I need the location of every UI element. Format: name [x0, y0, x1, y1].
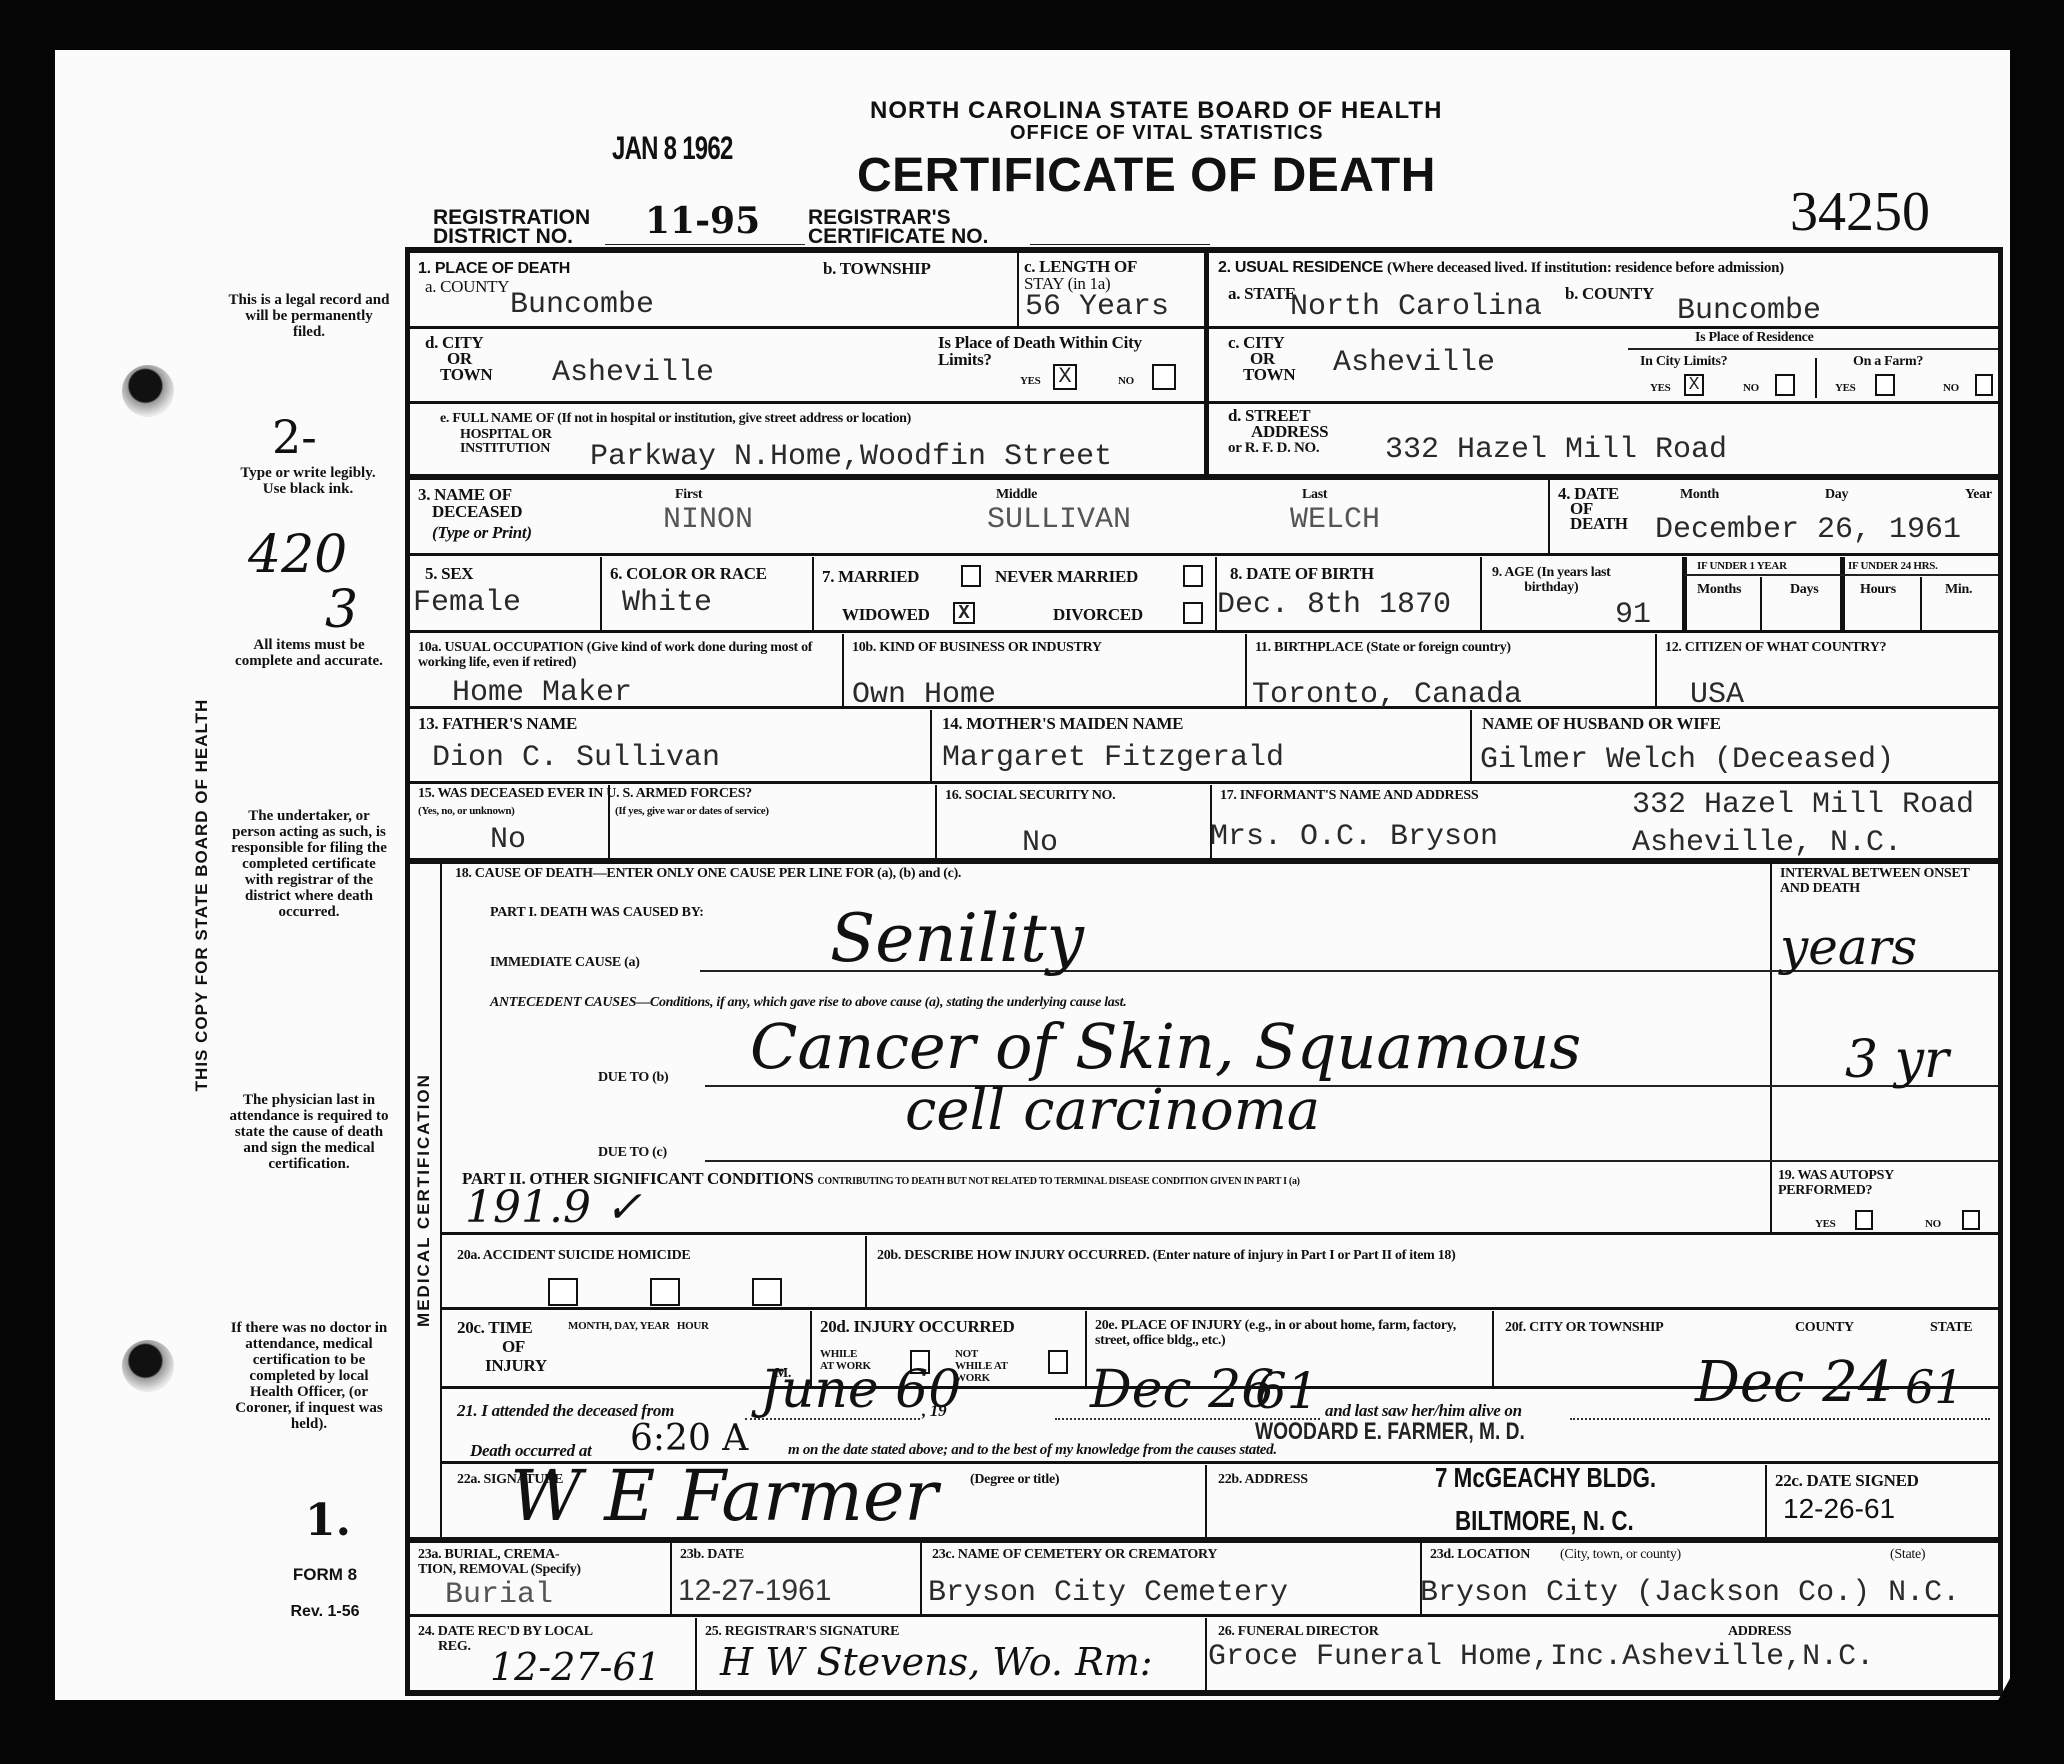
mother-value: Margaret Fitzgerald	[942, 743, 1284, 773]
last-saw-label: and last saw her/him alive on	[1325, 1402, 1522, 1419]
funeral-address-label: ADDRESS	[1728, 1624, 1791, 1639]
physician-address-label: 22b. ADDRESS	[1218, 1472, 1308, 1487]
sex-value: Female	[413, 588, 521, 618]
place-of-injury-label: 20e. PLACE OF INJURY (e.g., in or about …	[1095, 1318, 1485, 1348]
row-line-2r	[1209, 401, 1999, 404]
accident-checkbox[interactable]	[548, 1278, 578, 1306]
location-note: (City, town, or county)	[1560, 1547, 1681, 1562]
row-line-7	[410, 781, 2000, 784]
first-name-value: NINON	[663, 505, 753, 535]
row-line-3	[405, 474, 2003, 480]
undertaker-note: The undertaker, or person acting as such…	[228, 808, 390, 920]
death-county-value: Buncombe	[510, 290, 654, 320]
residence-divider	[1815, 358, 1817, 398]
hole-punch-top	[122, 365, 174, 417]
part2-value[interactable]: 191.9 ✓	[465, 1182, 642, 1233]
min-label: Min.	[1945, 582, 1972, 597]
funeral-director-label: 26. FUNERAL DIRECTOR	[1218, 1624, 1379, 1639]
due-to-b-value[interactable]: Cancer of Skin, Squamous	[750, 1010, 1581, 1083]
div-sex	[600, 557, 602, 630]
immediate-cause-value[interactable]: Senility	[830, 900, 1084, 977]
in-city-no-label: NO	[1743, 382, 1759, 394]
div-accident	[865, 1236, 867, 1307]
informant-name-value: Mrs. O.C. Bryson	[1210, 822, 1498, 852]
race-value: White	[622, 588, 712, 618]
within-limits-no-checkbox[interactable]	[1152, 364, 1176, 390]
divorced-label: DIVORCED	[1053, 606, 1143, 623]
div-place-injury	[1492, 1311, 1494, 1386]
physician-address-1: 7 McGEACHY BLDG.	[1435, 1462, 1656, 1494]
legal-record-note: This is a legal record and will be perma…	[228, 292, 390, 340]
widowed-label: WIDOWED	[842, 606, 930, 623]
township-label: b. TOWNSHIP	[823, 260, 931, 277]
cemetery-value: Bryson City Cemetery	[928, 1578, 1288, 1608]
hole-punch-bottom	[122, 1340, 174, 1392]
page-title: CERTIFICATE OF DEATH	[857, 148, 1436, 203]
married-label: 7. MARRIED	[822, 568, 919, 585]
occupation-label: 10a. USUAL OCCUPATION (Give kind of work…	[418, 640, 838, 670]
sex-label: 5. SEX	[425, 565, 473, 582]
age-label: 9. AGE (In years last birthday)	[1492, 565, 1611, 595]
row-line-accident	[440, 1307, 2000, 1310]
street-address-label: d. STREET ADDRESS or R. F. D. NO.	[1228, 408, 1328, 456]
row-line-2	[410, 401, 1205, 404]
row-line-5	[410, 630, 2000, 633]
race-label: 6. COLOR OR RACE	[610, 565, 767, 582]
divider-stay	[1017, 252, 1019, 326]
autopsy-no-checkbox[interactable]	[1962, 1210, 1980, 1230]
form-bottom-border	[405, 1690, 2003, 1696]
farm-yes-checkbox[interactable]	[1875, 374, 1895, 396]
div-dob	[1480, 557, 1482, 630]
div-signature	[1205, 1465, 1207, 1537]
mother-label: 14. MOTHER'S MAIDEN NAME	[942, 715, 1183, 732]
length-of-stay-value: 56 Years	[1025, 292, 1169, 322]
div-under24-min	[1920, 577, 1922, 630]
interval-label: INTERVAL BETWEEN ONSET AND DEATH	[1780, 866, 1995, 896]
not-while-at-work-label: NOT WHILE AT WORK	[955, 1348, 1010, 1384]
div-birthplace	[1655, 634, 1657, 706]
funeral-director-value: Groce Funeral Home,Inc.Asheville,N.C.	[1208, 1642, 1874, 1672]
immediate-cause-label: IMMEDIATE CAUSE (a)	[490, 955, 640, 970]
div-under1-days	[1760, 577, 1762, 630]
due-to-b-interval-value[interactable]: 3 yr	[1845, 1030, 1949, 1090]
days-label: Days	[1790, 582, 1818, 597]
row-line-4	[410, 553, 2000, 556]
due-to-c-label: DUE TO (c)	[598, 1145, 667, 1160]
under-24-hours-label: IF UNDER 24 HRS.	[1848, 560, 1938, 572]
physician-note: The physician last in attendance is requ…	[228, 1092, 390, 1172]
occupation-value: Home Maker	[452, 678, 632, 708]
state-note: (State)	[1890, 1547, 1925, 1562]
div-registrar	[1205, 1618, 1207, 1690]
in-city-yes-label: YES	[1650, 382, 1671, 394]
date-of-birth-value: Dec. 8th 1870	[1217, 590, 1451, 620]
board-name: NORTH CAROLINA STATE BOARD OF HEALTH	[870, 97, 1442, 125]
residence-county-label: b. COUNTY	[1565, 285, 1654, 302]
date-of-death-label: 4. DATE OF DEATH	[1558, 486, 1628, 531]
place-of-death-label: 1. PLACE OF DEATH	[418, 260, 570, 277]
county-label: a. COUNTY	[425, 278, 509, 295]
form-revision: Rev. 1-56	[265, 1603, 385, 1621]
district-underline	[605, 244, 805, 245]
accident-label: 20a. ACCIDENT SUICIDE HOMICIDE	[457, 1248, 690, 1263]
attended-label: 21. I attended the deceased from	[457, 1402, 674, 1419]
injury-occurred-label: 20d. INJURY OCCURRED	[820, 1318, 1014, 1335]
attended-to-year[interactable]: 61	[1255, 1362, 1319, 1420]
medical-bar-line	[440, 862, 442, 1538]
registrar-cert-underline	[1030, 244, 1210, 245]
burial-date-value: 12-27-1961	[678, 1574, 831, 1608]
margin-hand-mark-1: 2-	[272, 410, 317, 464]
informant-address-1: 332 Hazel Mill Road	[1632, 790, 1974, 820]
div-address	[1765, 1465, 1767, 1537]
divider-date-of-death	[1548, 478, 1550, 553]
registrar-signature[interactable]: H W Stevens, Wo. Rm:	[720, 1640, 1153, 1684]
disposition-value: Burial	[445, 1580, 553, 1610]
farm-no-checkbox[interactable]	[1975, 374, 1993, 396]
date-signed-label: 22c. DATE SIGNED	[1775, 1472, 1919, 1489]
attended-to-value[interactable]: Dec 26	[1090, 1360, 1274, 1420]
month-label: Month	[1680, 487, 1719, 502]
physician-address-2: BILTMORE, N. C.	[1455, 1505, 1634, 1537]
margin-hand-mark-4: 1.	[305, 1495, 351, 1546]
div-received	[695, 1618, 697, 1690]
on-farm-label: On a Farm?	[1853, 354, 1923, 369]
burial-location-label: 23d. LOCATION	[1430, 1547, 1530, 1562]
received-value: 12-27-61	[490, 1645, 661, 1689]
industry-label: 10b. KIND OF BUSINESS OR INDUSTRY	[852, 640, 1102, 655]
div-father	[930, 710, 932, 781]
no-doctor-note: If there was no doctor in attendance, me…	[228, 1320, 390, 1432]
hospital-label: e. FULL NAME OF (If not in hospital or i…	[440, 411, 911, 426]
div-injury-occurred	[1085, 1311, 1087, 1386]
months-label: Months	[1697, 582, 1741, 597]
divorced-checkbox[interactable]	[1183, 602, 1203, 624]
within-limits-no-label: NO	[1118, 375, 1134, 387]
registration-district-label: REGISTRATION DISTRICT NO.	[433, 208, 590, 246]
within-limits-yes-checkbox[interactable]: X	[1053, 364, 1077, 390]
div-industry	[1245, 634, 1247, 706]
div-mother	[1470, 710, 1472, 781]
never-married-label: NEVER MARRIED	[995, 568, 1138, 585]
armed-forces-yn-label: (Yes, no, or unknown)	[418, 805, 515, 817]
time-columns-label: MONTH, DAY, YEAR HOUR	[568, 1320, 709, 1332]
cause-of-death-label: 18. CAUSE OF DEATH—ENTER ONLY ONE CAUSE …	[455, 866, 961, 881]
armed-forces-service-label: (If yes, give war or dates of service)	[615, 805, 769, 817]
residence-county-value: Buncombe	[1677, 296, 1821, 326]
attended-to-label: , 19	[922, 1402, 946, 1419]
date-signed-value: 12-26-61	[1783, 1493, 1895, 1525]
citizen-value: USA	[1690, 680, 1744, 710]
antecedent-label: ANTECEDENT CAUSES—Conditions, if any, wh…	[490, 995, 1126, 1010]
div-autopsy	[1770, 1164, 1772, 1232]
autopsy-label: 19. WAS AUTOPSY PERFORMED?	[1778, 1168, 1988, 1198]
registration-district-no: 11-95	[645, 200, 760, 242]
not-while-at-work-checkbox[interactable]	[1048, 1350, 1068, 1374]
last-saw-year[interactable]: 61	[1905, 1360, 1964, 1414]
margin-hand-mark-2: 420	[248, 525, 347, 585]
father-label: 13. FATHER'S NAME	[418, 715, 577, 732]
row-line-6	[410, 706, 2000, 709]
in-city-no-checkbox[interactable]	[1775, 374, 1795, 396]
burial-date-label: 23b. DATE	[680, 1547, 744, 1562]
due-to-b-line	[705, 1085, 1998, 1087]
citizen-label: 12. CITIZEN OF WHAT COUNTRY?	[1665, 640, 1886, 655]
hours-label: Hours	[1860, 582, 1896, 597]
medical-certification-label: MEDICAL CERTIFICATION	[414, 1000, 434, 1400]
widowed-checkbox[interactable]: X	[953, 602, 975, 624]
degree-label: (Degree or title)	[970, 1472, 1059, 1487]
date-of-birth-label: 8. DATE OF BIRTH	[1230, 565, 1374, 582]
injury-state-label: STATE	[1930, 1320, 1972, 1335]
row-line-1	[410, 326, 1205, 329]
middle-name-label: Middle	[996, 487, 1037, 502]
div-age	[1682, 557, 1687, 630]
hospital-label-2: HOSPITAL OR INSTITUTION	[460, 428, 552, 456]
form-left-border	[405, 247, 410, 1695]
row-line-1r	[1209, 326, 1999, 329]
burial-location-value: Bryson City (Jackson Co.) N.C.	[1420, 1578, 1960, 1608]
div-armed	[935, 785, 937, 858]
usual-residence-label: 2. USUAL RESIDENCE (Where deceased lived…	[1218, 258, 1784, 277]
div-occupation	[842, 634, 844, 706]
under-line	[1685, 574, 1998, 576]
industry-value: Own Home	[852, 680, 996, 710]
birthplace-value: Toronto, Canada	[1252, 680, 1522, 710]
street-address-value: 332 Hazel Mill Road	[1385, 435, 1727, 465]
farm-no-label: NO	[1943, 382, 1959, 394]
registrar-certificate-label: REGISTRAR'S CERTIFICATE NO.	[808, 208, 988, 246]
div-race	[812, 557, 814, 630]
form-right-border	[1998, 247, 2003, 1695]
last-name-value: WELCH	[1290, 505, 1380, 535]
spouse-label: NAME OF HUSBAND OR WIFE	[1482, 715, 1721, 732]
autopsy-yes-label: YES	[1815, 1218, 1836, 1230]
armed-forces-label: 15. WAS DECEASED EVER IN U. S. ARMED FOR…	[418, 786, 752, 801]
disposition-label: 23a. BURIAL, CREMA- TION, REMOVAL (Speci…	[418, 1547, 581, 1577]
homicide-checkbox[interactable]	[752, 1278, 782, 1306]
form-number: FORM 8	[265, 1565, 385, 1585]
received-date-stamp: JAN 8 1962	[612, 130, 733, 167]
physician-signature[interactable]: W E Farmer	[510, 1455, 938, 1537]
within-limits-yes-label: YES	[1020, 375, 1041, 387]
residence-state-value: North Carolina	[1290, 292, 1542, 322]
residence-city-label: c. CITY OR TOWN	[1228, 335, 1295, 383]
type-legibly-note: Type or write legibly. Use black ink.	[238, 465, 378, 497]
physician-name-stamp: WOODARD E. FARMER, M. D.	[1255, 1418, 1525, 1446]
married-checkbox[interactable]	[961, 565, 981, 587]
registrar-signature-label: 25. REGISTRAR'S SIGNATURE	[705, 1624, 899, 1639]
farm-yes-label: YES	[1835, 382, 1856, 394]
informant-address-2: Asheville, N.C.	[1632, 828, 1902, 858]
div-under24	[1840, 557, 1845, 630]
due-to-c-line	[705, 1160, 1998, 1162]
hospital-value: Parkway N.Home,Woodfin Street	[590, 442, 1112, 472]
cemetery-label: 23c. NAME OF CEMETERY OR CREMATORY	[932, 1547, 1217, 1562]
injury-county-label: COUNTY	[1795, 1320, 1854, 1335]
residence-city-value: Asheville	[1333, 348, 1495, 378]
length-of-stay-label: c. LENGTH OF STAY (in 1a)	[1024, 258, 1137, 292]
residence-header-line	[1628, 348, 1998, 350]
suicide-checkbox[interactable]	[650, 1278, 680, 1306]
margin-hand-mark-3: 3	[325, 580, 358, 640]
in-city-limits-label: In City Limits?	[1640, 354, 1727, 369]
year-label: Year	[1965, 487, 1992, 502]
death-city-value: Asheville	[552, 358, 714, 388]
time-of-injury-label: 20c. TIME OF INJURY	[457, 1318, 547, 1375]
div-burial-date	[920, 1542, 922, 1614]
autopsy-yes-checkbox[interactable]	[1855, 1210, 1873, 1230]
state-board-copy-note: THIS COPY FOR STATE BOARD OF HEALTH	[192, 655, 212, 1135]
never-married-checkbox[interactable]	[1183, 565, 1203, 587]
row-line-part2	[440, 1232, 2000, 1235]
armed-forces-value: No	[490, 825, 526, 855]
row-line-registrar	[410, 1614, 2000, 1617]
complete-accurate-note: All items must be complete and accurate.	[228, 637, 390, 669]
injury-description-label: 20b. DESCRIBE HOW INJURY OCCURRED. (Ente…	[877, 1248, 1455, 1263]
in-city-yes-checkbox[interactable]: X	[1684, 374, 1704, 396]
within-limits-label: Is Place of Death Within City Limits?	[938, 334, 1142, 368]
date-of-death-value: December 26, 1961	[1655, 515, 1961, 545]
spouse-value: Gilmer Welch (Deceased)	[1480, 745, 1894, 775]
middle-name-value: SULLIVAN	[987, 505, 1131, 535]
birthplace-label: 11. BIRTHPLACE (State or foreign country…	[1255, 640, 1511, 655]
last-saw-line	[1570, 1418, 1990, 1420]
due-to-b-label: DUE TO (b)	[598, 1070, 668, 1085]
name-of-deceased-label: 3. NAME OF DECEASED (Type or Print)	[418, 486, 532, 541]
residence-state-label: a. STATE	[1228, 285, 1296, 302]
death-time-value[interactable]: 6:20 A	[630, 1418, 748, 1459]
informant-label: 17. INFORMANT'S NAME AND ADDRESS	[1220, 788, 1478, 803]
day-label: Day	[1825, 487, 1848, 502]
part1-label: PART I. DEATH WAS CAUSED BY:	[490, 905, 704, 920]
ssn-label: 16. SOCIAL SECURITY NO.	[945, 788, 1115, 803]
due-to-b-cont-value[interactable]: cell carcinoma	[905, 1078, 1320, 1143]
age-value: 91	[1615, 600, 1651, 630]
last-saw-value[interactable]: Dec 24	[1695, 1350, 1893, 1415]
city-township-label: 20f. CITY OR TOWNSHIP	[1505, 1320, 1663, 1335]
father-value: Dion C. Sullivan	[432, 743, 720, 773]
office-name: OFFICE OF VITAL STATISTICS	[1010, 122, 1323, 145]
divider-place-residence	[1204, 250, 1209, 476]
autopsy-no-label: NO	[1925, 1218, 1941, 1230]
ssn-value: No	[1022, 828, 1058, 858]
death-city-label: d. CITY OR TOWN	[425, 335, 492, 383]
under-1-year-label: IF UNDER 1 YEAR	[1697, 560, 1787, 572]
immediate-interval-value[interactable]: years	[1780, 918, 1917, 976]
row-line-burial	[405, 1537, 2003, 1543]
certificate-number: 34250	[1790, 180, 1930, 244]
div-burial	[670, 1542, 672, 1614]
first-name-label: First	[675, 487, 702, 502]
residence-header-label: Is Place of Residence	[1695, 330, 1814, 345]
last-name-label: Last	[1302, 487, 1327, 502]
